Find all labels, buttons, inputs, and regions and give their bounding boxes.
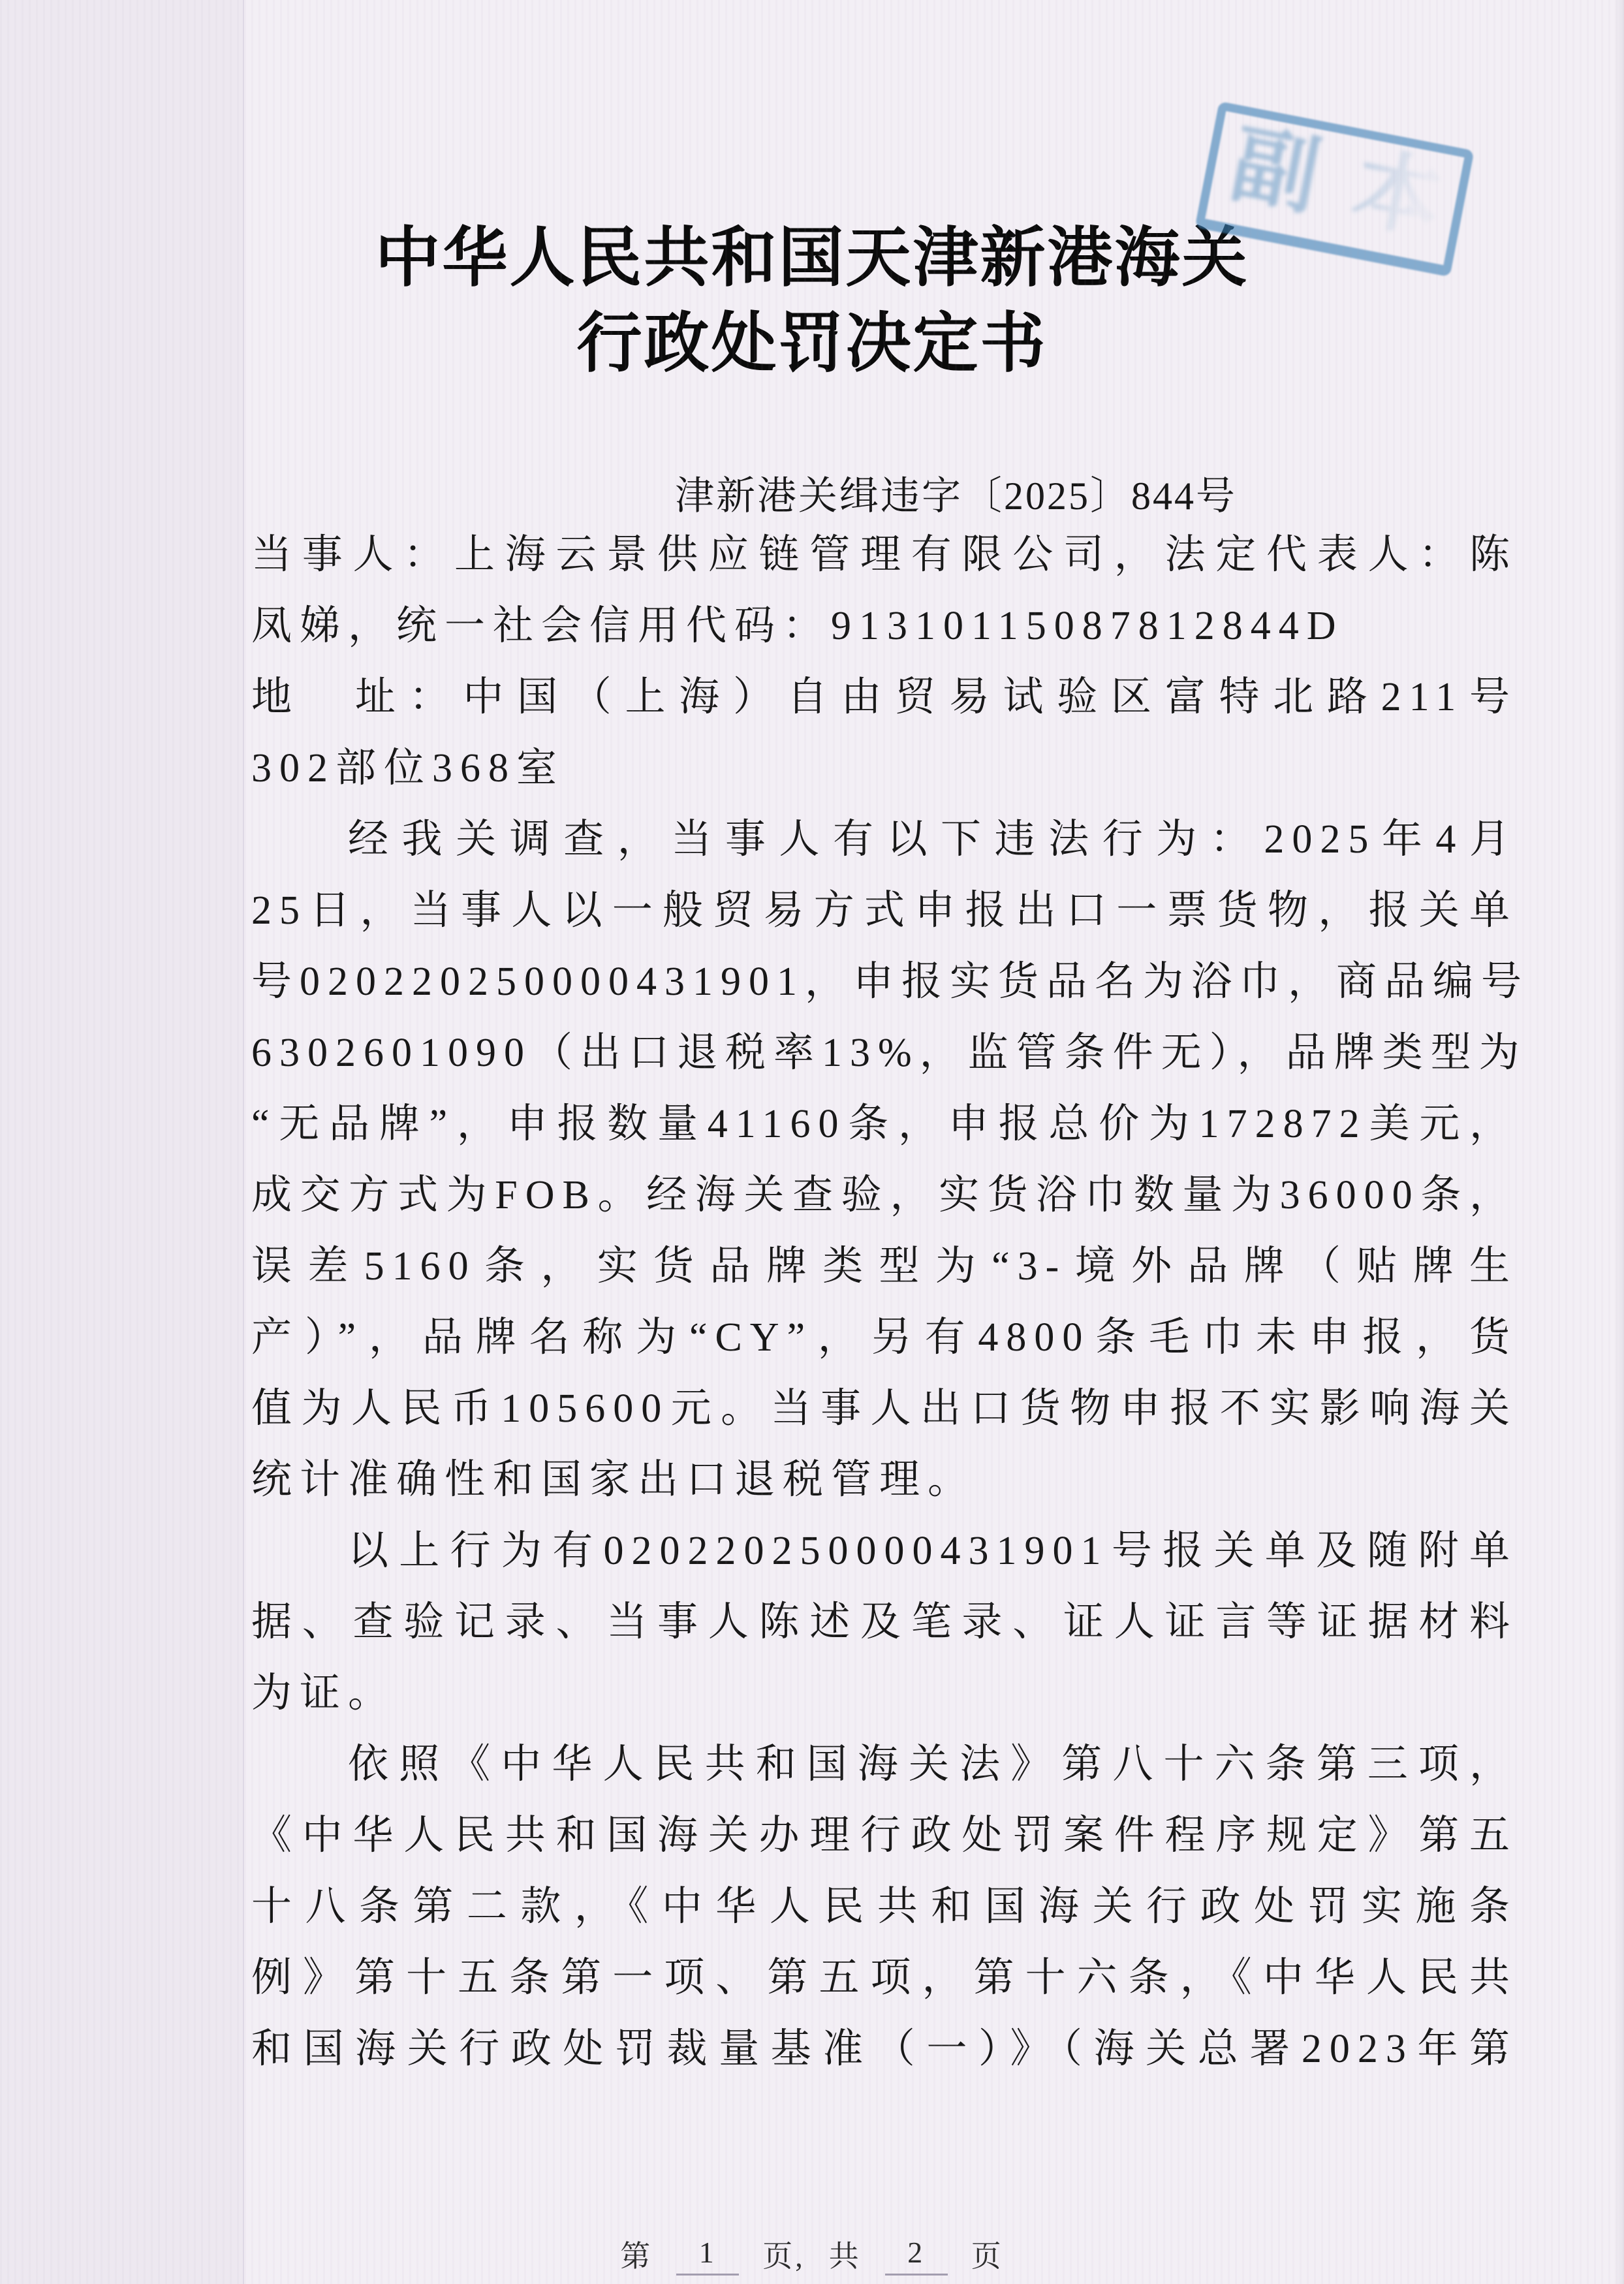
body-line: 为证。 xyxy=(251,1658,1518,1729)
footer-label-ye: 页 xyxy=(971,2232,1004,2276)
body-line: 凤娣，统一社会信用代码：91310115087812844D xyxy=(251,591,1518,662)
body-line: 误差5160条，实货品牌类型为“3-境外品牌（贴牌生 xyxy=(251,1231,1518,1302)
body-line: 统计准确性和国家出口退税管理。 xyxy=(251,1445,1518,1516)
body-line: 经我关调查，当事人有以下违法行为：2025年4月 xyxy=(251,804,1518,875)
body-line: 值为人民币105600元。当事人出口货物申报不实影响海关 xyxy=(251,1373,1518,1445)
body-line: 依照《中华人民共和国海关法》第八十六条第三项， xyxy=(251,1729,1518,1800)
scanned-document-page: { "page": { "paper_color": "#f3eff5", "i… xyxy=(0,0,1624,2284)
document-title-line2: 行政处罚决定书 xyxy=(0,301,1624,386)
body-line: 十八条第二款，《中华人民共和国海关行政处罚实施条 xyxy=(251,1871,1518,1943)
body-line: 例》第十五条第一项、第五项，第十六条，《中华人民共 xyxy=(251,1943,1518,2014)
body-line: 302部位368室 xyxy=(251,733,1518,804)
footer-label-gong: 共 xyxy=(829,2232,862,2276)
body-line: 产）”，品牌名称为“CY”，另有4800条毛巾未申报，货 xyxy=(251,1302,1518,1373)
body-line: 25日，当事人以一般贸易方式申报出口一票货物，报关单 xyxy=(251,875,1518,946)
page-footer: 第 1 页, 共 2 页 xyxy=(0,2232,1624,2276)
document-body: 当事人：上海云景供应链管理有限公司，法定代表人：陈 凤娣，统一社会信用代码：91… xyxy=(251,520,1518,2085)
body-line: 《中华人民共和国海关办理行政处罚案件程序规定》第五 xyxy=(251,1800,1518,1871)
footer-label-di: 第 xyxy=(620,2232,653,2276)
body-line: 当事人：上海云景供应链管理有限公司，法定代表人：陈 xyxy=(251,520,1518,591)
footer-current-page: 1 xyxy=(676,2235,739,2276)
footer-label-ye-comma: 页, xyxy=(762,2232,805,2276)
document-number: 津新港关缉违字〔2025〕844号 xyxy=(251,465,1518,521)
body-line: 据、查验记录、当事人陈述及笔录、证人证言等证据材料 xyxy=(251,1587,1518,1658)
body-line: 和国海关行政处罚裁量基准（一）》（海关总署2023年第 xyxy=(251,2014,1518,2085)
footer-total-pages: 2 xyxy=(885,2235,948,2276)
copy-stamp-text: 副本 xyxy=(1223,112,1487,262)
body-line: 成交方式为FOB。经海关查验，实货浴巾数量为36000条， xyxy=(251,1160,1518,1231)
body-line: 地 址：中国（上海）自由贸易试验区富特北路211号 xyxy=(251,662,1518,733)
body-line: 号020220250000431901，申报实货品名为浴巾，商品编号 xyxy=(251,946,1518,1018)
body-line: “无品牌”，申报数量41160条，申报总价为172872美元， xyxy=(251,1089,1518,1160)
body-line: 以上行为有020220250000431901号报关单及随附单 xyxy=(251,1516,1518,1587)
body-line: 6302601090（出口退税率13%，监管条件无），品牌类型为 xyxy=(251,1018,1518,1089)
